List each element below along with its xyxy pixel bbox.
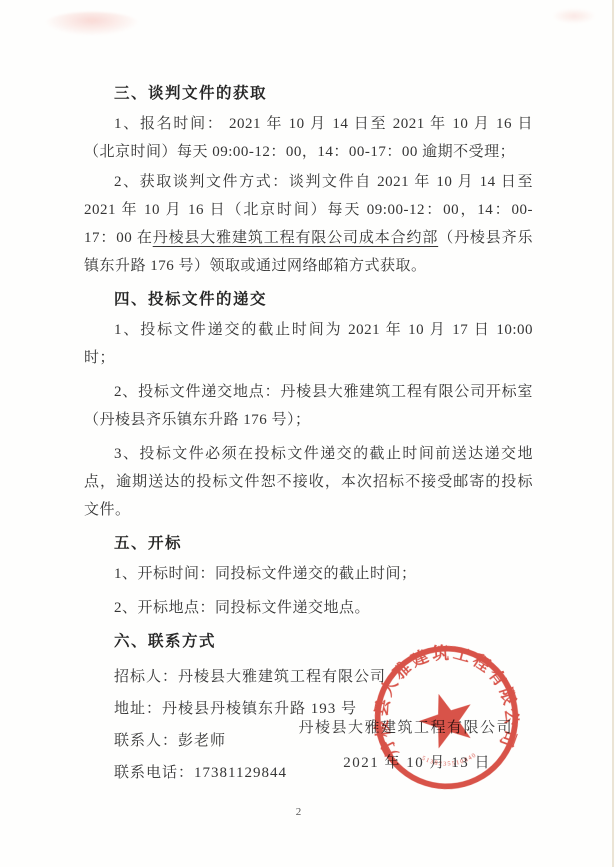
scan-edge-line <box>612 0 614 867</box>
paragraph: 1、投标文件递交的截止时间为 2021 年 10 月 17 日 10:00 时； <box>84 316 533 372</box>
scan-artifact-smudge <box>552 8 596 24</box>
paragraph: 1、开标时间：同投标文件递交的截止时间； <box>84 560 533 588</box>
paragraph: 1、报名时间： 2021 年 10 月 14 日至 2021 年 10 月 16… <box>84 110 533 166</box>
section-heading-4: 四、投标文件的递交 <box>84 286 533 314</box>
svg-text:5138235510840: 5138235510840 <box>420 751 479 770</box>
paragraph: 2、投标文件递交地点：丹棱县大雅建筑工程有限公司开标室（丹棱县齐乐镇东升路 17… <box>84 378 533 434</box>
svg-text:丹棱县大雅建筑工程有限公司: 丹棱县大雅建筑工程有限公司 <box>366 637 524 762</box>
scan-artifact-smudge <box>44 12 140 36</box>
paragraph: 2、开标地点：同投标文件递交地点。 <box>84 594 533 622</box>
section-heading-3: 三、谈判文件的获取 <box>84 80 533 108</box>
section-heading-5: 五、开标 <box>84 530 533 558</box>
paragraph: 3、投标文件必须在投标文件递交的截止时间前送达递交地点，逾期送达的投标文件恕不接… <box>84 440 533 524</box>
paragraph: 2、获取谈判文件方式：谈判文件自 2021 年 10 月 14 日至 2021 … <box>84 168 533 280</box>
official-seal: 丹棱县大雅建筑工程有限公司 5138235510840 <box>365 636 528 799</box>
document-page: 三、谈判文件的获取 1、报名时间： 2021 年 10 月 14 日至 2021… <box>0 0 615 867</box>
seal-arc-text: 丹棱县大雅建筑工程有限公司 <box>366 637 524 762</box>
seal-serial-number: 5138235510840 <box>420 751 479 770</box>
page-number: 2 <box>0 806 597 818</box>
star-icon <box>413 685 481 751</box>
underlined-text: 丹棱县大雅建筑工程有限公司成本合约部 <box>153 230 438 246</box>
